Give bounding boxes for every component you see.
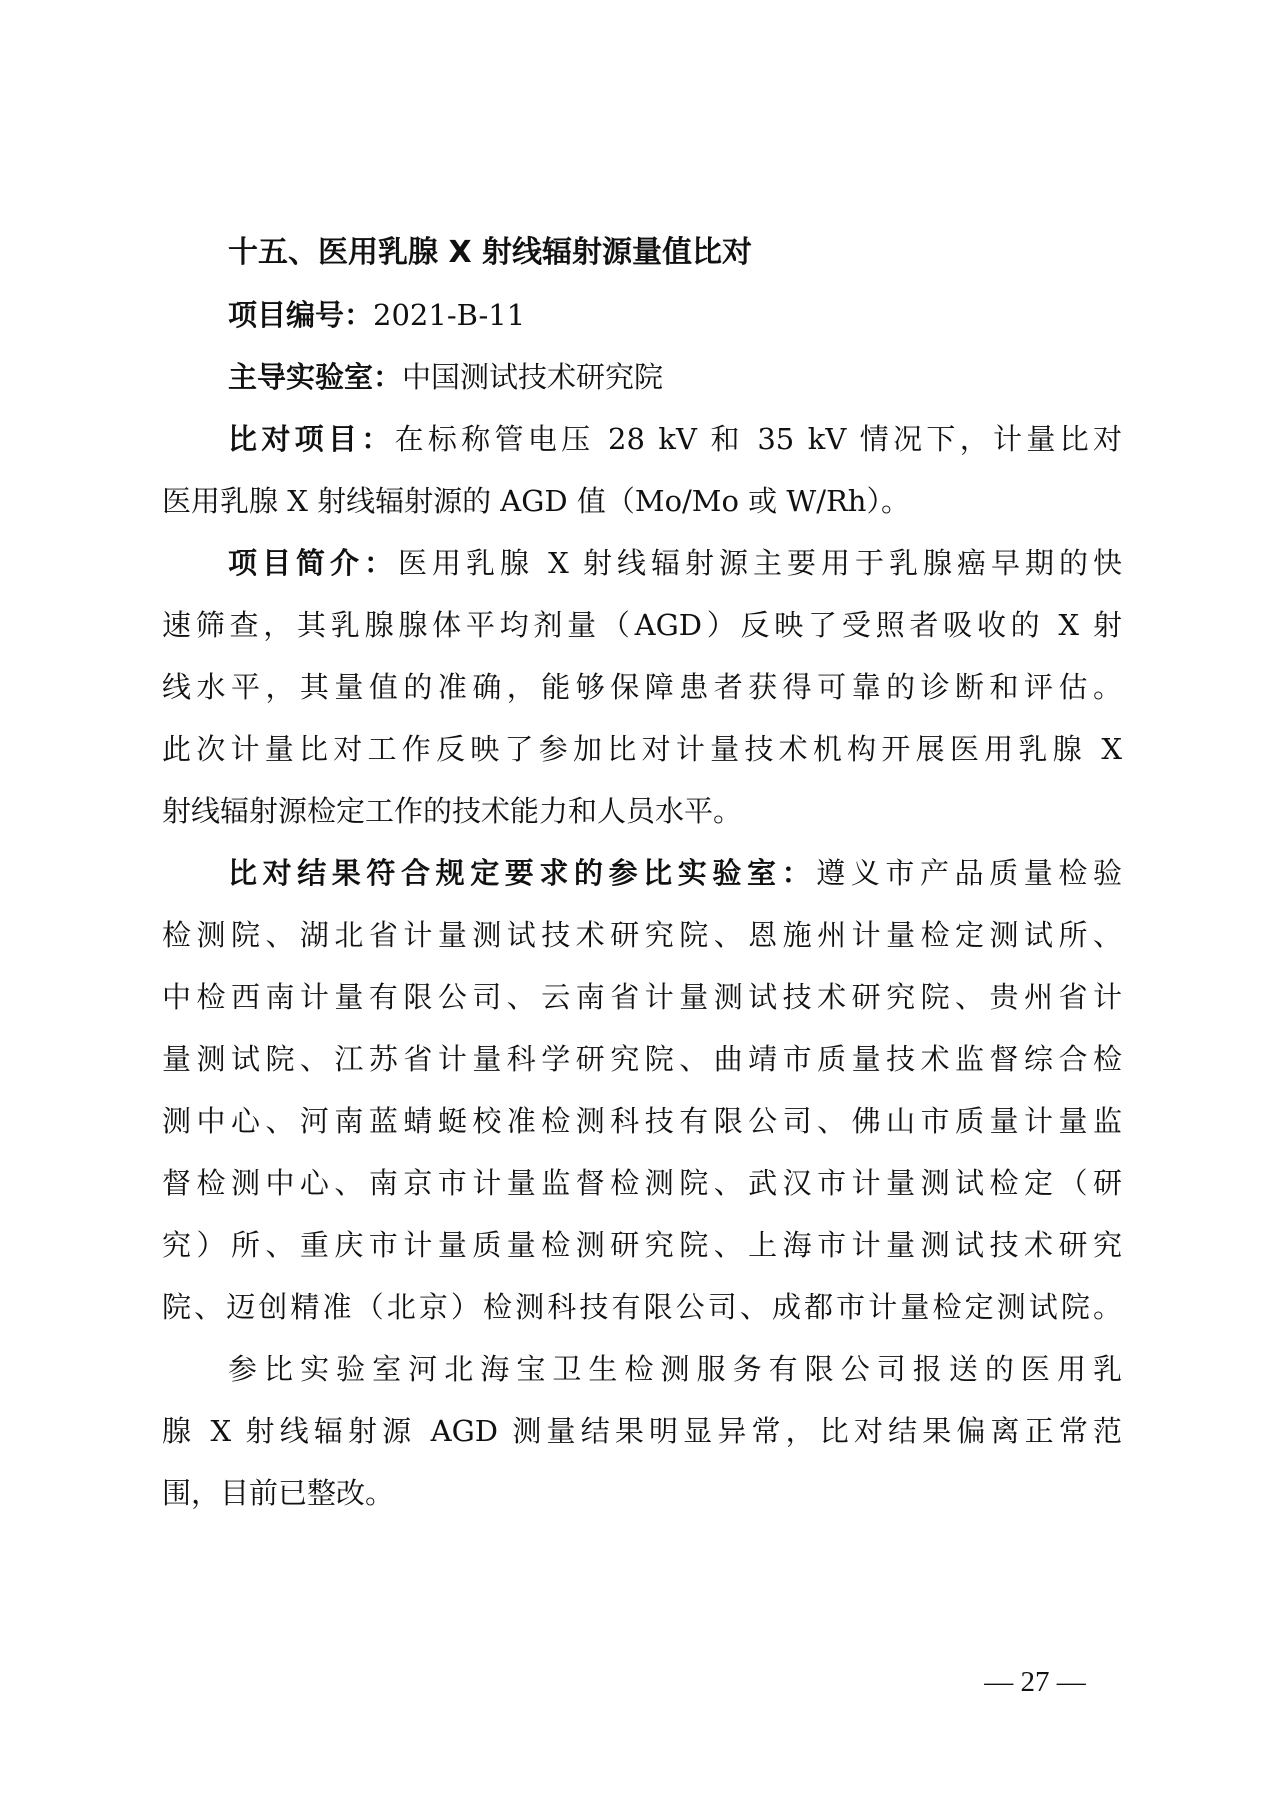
page-number: — 27 — — [960, 1660, 1110, 1704]
project-intro-label: 项目简介： — [228, 546, 398, 580]
compliant-labs-line: 比对结果符合规定要求的参比实验室：遵义市产品质量检验 — [162, 842, 1122, 904]
comparison-item-line: 比对项目：在标称管电压 28 kV 和 35 kV 情况下，计量比对 — [162, 408, 1122, 470]
lead-lab-value: 中国测试技术研究院 — [402, 360, 663, 394]
comparison-item-label: 比对项目： — [228, 422, 395, 456]
project-number: 项目编号：2021-B-11 — [162, 284, 1122, 346]
project-intro-line: 速筛查，其乳腺腺体平均剂量（AGD）反映了受照者吸收的 X 射 — [162, 594, 1122, 656]
lead-lab: 主导实验室：中国测试技术研究院 — [162, 346, 1122, 408]
compliant-labs-line: 测中心、河南蓝蜻蜓校准检测科技有限公司、佛山市质量计量监 — [162, 1090, 1122, 1152]
abnormal-note-line: 腺 X 射线辐射源 AGD 测量结果明显异常，比对结果偏离正常范 — [162, 1400, 1122, 1462]
document-body: 十五、医用乳腺 X 射线辐射源量值比对 项目编号：2021-B-11 主导实验室… — [162, 222, 1122, 1524]
compliant-labs-label: 比对结果符合规定要求的参比实验室： — [228, 856, 816, 890]
compliant-labs-line: 中检西南计量有限公司、云南省计量测试技术研究院、贵州省计 — [162, 966, 1122, 1028]
abnormal-note-line: 围，目前已整改。 — [162, 1462, 1122, 1524]
compliant-labs-line: 究）所、重庆市计量质量检测研究院、上海市计量测试技术研究 — [162, 1214, 1122, 1276]
project-intro-line: 项目简介：医用乳腺 X 射线辐射源主要用于乳腺癌早期的快 — [162, 532, 1122, 594]
project-intro-line: 此次计量比对工作反映了参加比对计量技术机构开展医用乳腺 X — [162, 718, 1122, 780]
document-page: 十五、医用乳腺 X 射线辐射源量值比对 项目编号：2021-B-11 主导实验室… — [0, 0, 1280, 1810]
project-intro-line: 线水平，其量值的准确，能够保障患者获得可靠的诊断和评估。 — [162, 656, 1122, 718]
section-title: 十五、医用乳腺 X 射线辐射源量值比对 — [162, 222, 1122, 284]
compliant-labs-line: 检测院、湖北省计量测试技术研究院、恩施州计量检定测试所、 — [162, 904, 1122, 966]
project-number-value: 2021-B-11 — [373, 298, 525, 332]
comparison-item-line: 医用乳腺 X 射线辐射源的 AGD 值（Mo/Mo 或 W/Rh）。 — [162, 470, 1122, 532]
compliant-labs-line: 量测试院、江苏省计量科学研究院、曲靖市质量技术监督综合检 — [162, 1028, 1122, 1090]
compliant-labs-line: 院、迈创精准（北京）检测科技有限公司、成都市计量检定测试院。 — [162, 1276, 1122, 1338]
lead-lab-label: 主导实验室： — [228, 360, 402, 394]
project-intro-line: 射线辐射源检定工作的技术能力和人员水平。 — [162, 780, 1122, 842]
project-number-label: 项目编号： — [228, 298, 373, 332]
abnormal-note-line: 参比实验室河北海宝卫生检测服务有限公司报送的医用乳 — [162, 1338, 1122, 1400]
compliant-labs-line: 督检测中心、南京市计量监督检测院、武汉市计量测试检定（研 — [162, 1152, 1122, 1214]
